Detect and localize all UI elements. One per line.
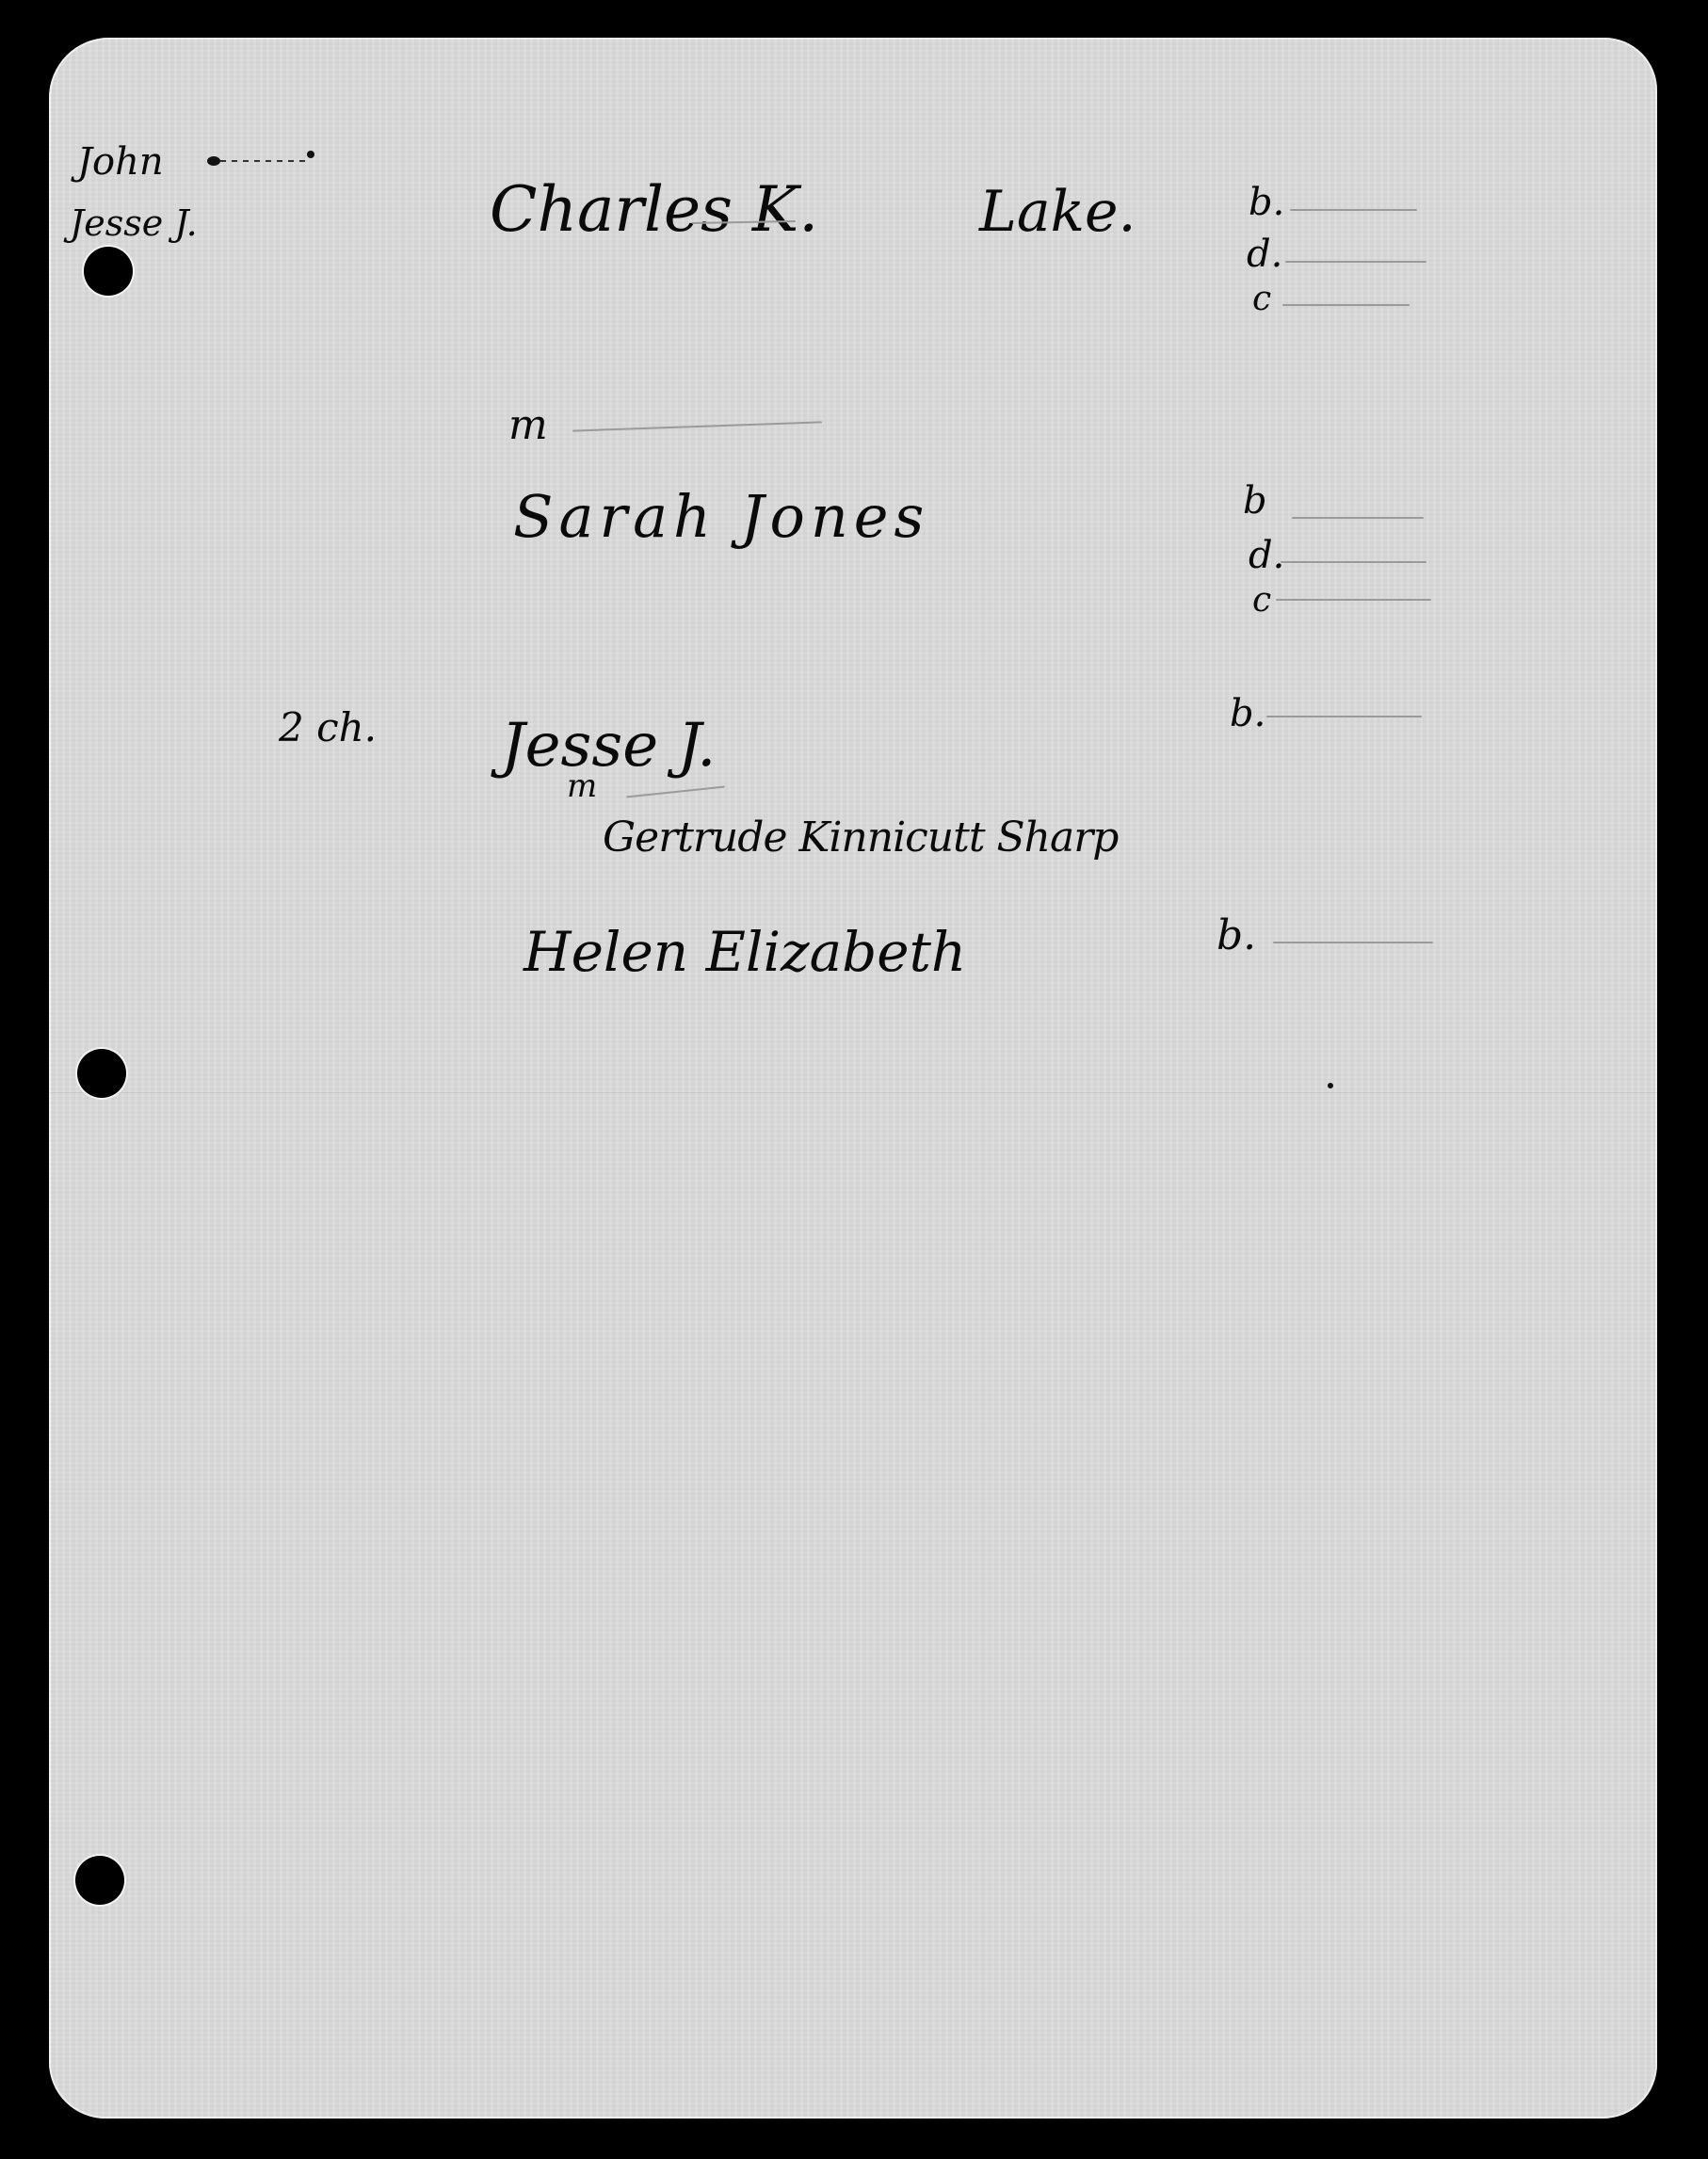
punch-hole-top — [84, 247, 133, 296]
record-card — [49, 38, 1657, 2119]
child-1-spouse: Gertrude Kinnicutt Sharp — [603, 817, 1118, 859]
child-1-marriage-label: m — [567, 770, 597, 802]
child-1-name: Jesse J. — [501, 716, 716, 776]
spouse-c-line — [1276, 599, 1431, 601]
child-2-birth-line — [1273, 942, 1433, 943]
head-death-label: d. — [1247, 235, 1282, 273]
children-count: 2 ch. — [279, 708, 377, 748]
ink-dot — [307, 151, 314, 158]
spouse-birth-line — [1292, 517, 1424, 519]
spouse-birth-label: b — [1243, 482, 1267, 520]
margin-note-john: John — [77, 143, 164, 181]
child-2-birth-label: b. — [1217, 915, 1256, 957]
margin-dotted-line — [220, 160, 305, 162]
head-birth-label: b. — [1249, 184, 1284, 221]
margin-note-jesse: Jesse J. — [70, 205, 198, 241]
child-1-birth-line — [1266, 716, 1422, 717]
head-death-line — [1285, 261, 1426, 263]
head-given-name: Charles K. — [490, 179, 818, 241]
fold-line — [49, 1092, 1657, 1093]
head-surname: Lake. — [979, 184, 1136, 240]
head-c-label: c — [1252, 282, 1271, 316]
spouse-name: Sarah Jones — [513, 488, 929, 546]
spouse-c-label: c — [1252, 584, 1271, 618]
punch-hole-bottom — [75, 1856, 124, 1905]
marriage-label: m — [508, 405, 548, 446]
child-2-name: Helen Elizabeth — [524, 925, 966, 979]
ink-dot — [207, 156, 220, 166]
head-birth-line — [1290, 209, 1417, 211]
spouse-death-line — [1281, 561, 1426, 563]
spouse-death-label: d. — [1249, 537, 1284, 574]
child-1-birth-label: b. — [1230, 695, 1265, 733]
head-c-line — [1282, 304, 1410, 306]
punch-hole-middle — [77, 1049, 126, 1098]
ink-speck — [1328, 1083, 1333, 1088]
